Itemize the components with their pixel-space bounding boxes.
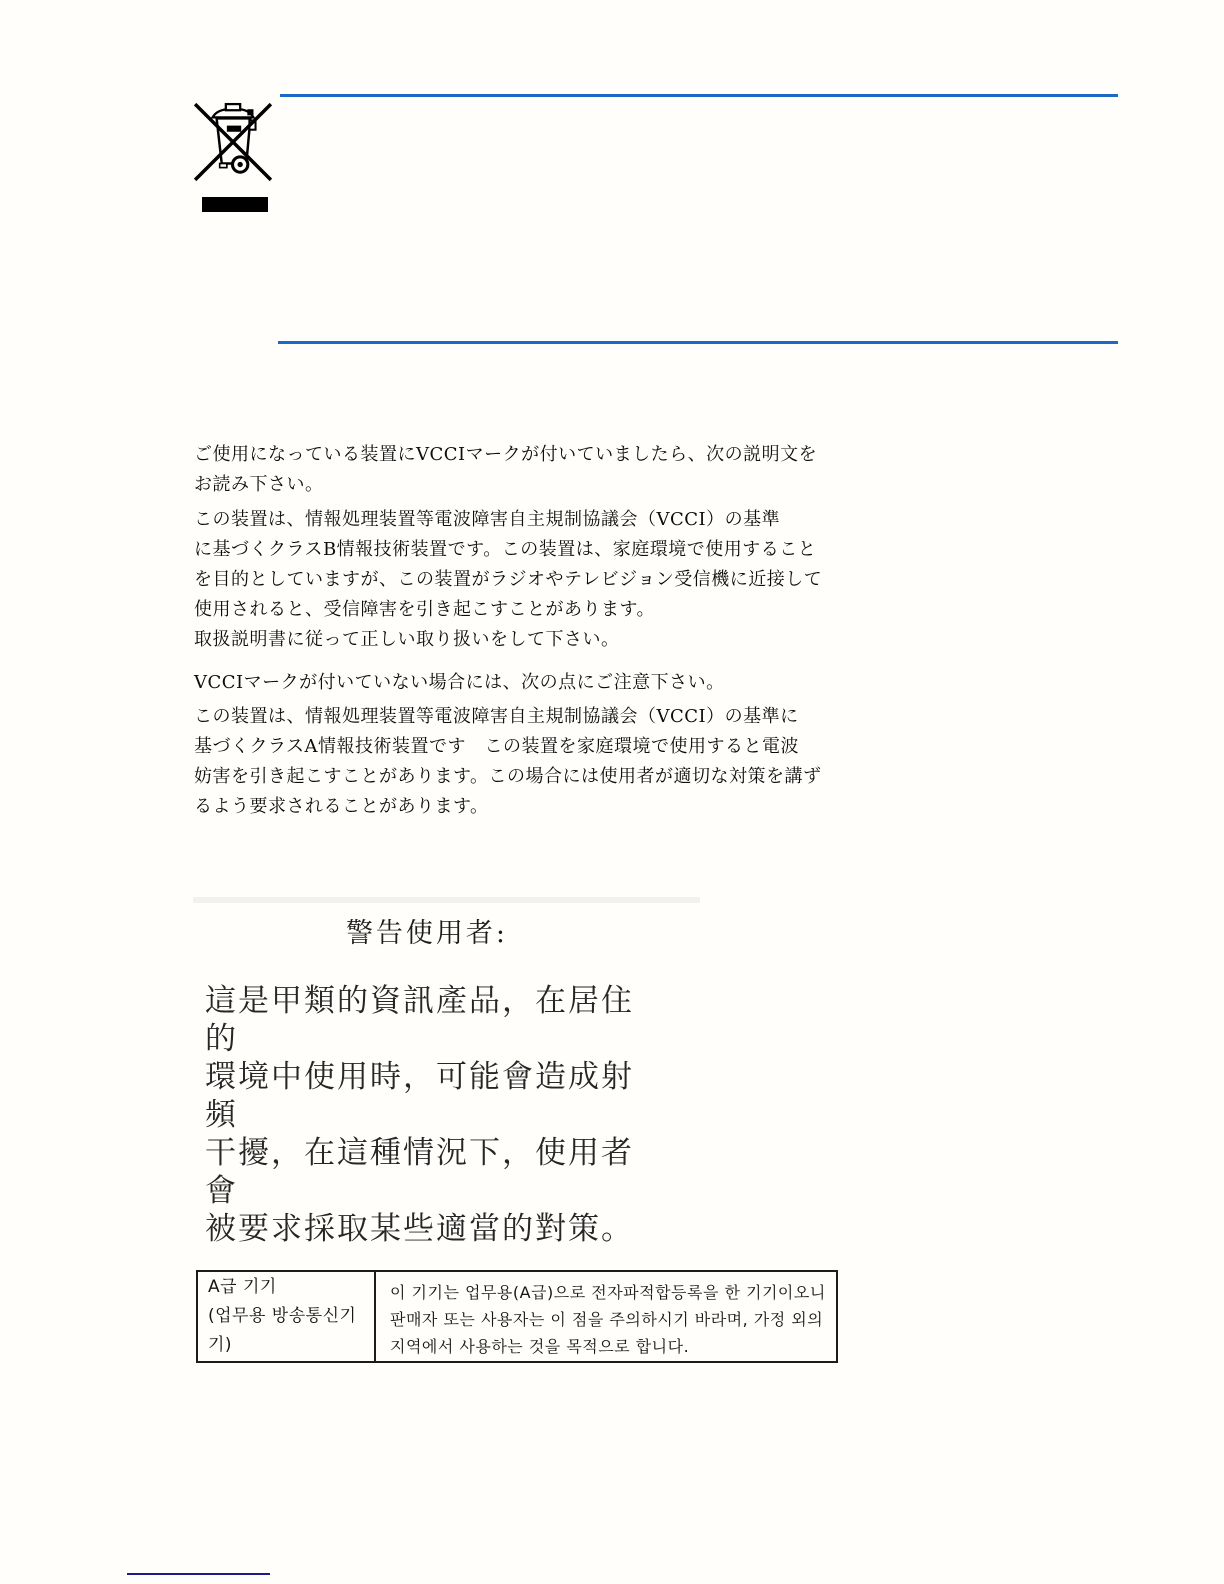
text-line: 지역에서 사용하는 것을 목적으로 합니다. xyxy=(390,1333,826,1360)
text-line: 取扱説明書に従って正しい取り扱いをして下さい。 xyxy=(194,625,834,655)
korean-table-class-cell: A급 기기 (업무용 방송통신기기) xyxy=(198,1272,376,1361)
vcci-class-a-paragraph: この装置は、情報処理装置等電波障害自主規制協議会（VCCI）の基準に 基づくクラ… xyxy=(194,702,834,822)
text-line: るよう要求されることがあります。 xyxy=(194,792,834,822)
text-line: を目的としていますが、この装置がラジオやテレビジョン受信機に近接して xyxy=(194,565,834,595)
text-line: 판매자 또는 사용자는 이 점을 주의하시기 바라며, 가정 외의 xyxy=(390,1306,826,1333)
vcci-no-mark-paragraph: VCCIマークが付いていない場合には、次の点にご注意下さい。 xyxy=(194,668,834,698)
text-line: 干擾，在這種情況下，使用者會 xyxy=(205,1134,661,1210)
text-line: 環境中使用時，可能會造成射頻 xyxy=(205,1058,661,1134)
document-page: ご使用になっている装置にVCCIマークが付いていましたら、次の説明文を お読み下… xyxy=(0,0,1224,1584)
text-line: 被要求採取某些適當的對策。 xyxy=(205,1210,661,1248)
weee-black-bar xyxy=(202,197,268,212)
taiwan-class-a-warning: 警告使用者: 這是甲類的資訊產品，在居住的 環境中使用時，可能會造成射頻 干擾，… xyxy=(193,895,661,1248)
text-line: 이 기기는 업무용(A급)으로 전자파적합등록을 한 기기이오니 xyxy=(390,1279,826,1306)
korean-emi-notice-table: A급 기기 (업무용 방송통신기기) 이 기기는 업무용(A급)으로 전자파적합… xyxy=(196,1270,838,1363)
text-line: この装置は、情報処理装置等電波障害自主規制協議会（VCCI）の基準に xyxy=(194,702,834,732)
text-line: A급 기기 xyxy=(208,1273,368,1302)
korean-table-statement-cell: 이 기기는 업무용(A급)으로 전자파적합등록을 한 기기이오니 판매자 또는 … xyxy=(376,1272,836,1361)
vcci-intro-paragraph: ご使用になっている装置にVCCIマークが付いていましたら、次の説明文を お読み下… xyxy=(194,440,834,500)
crossed-out-wheeled-bin-icon xyxy=(193,100,273,184)
text-line: この装置は、情報処理装置等電波障害自主規制協議会（VCCI）の基準 xyxy=(194,505,834,535)
footer-link-rule xyxy=(127,1573,270,1575)
text-line: お読み下さい。 xyxy=(194,470,834,500)
taiwan-warning-heading: 警告使用者: xyxy=(193,911,661,950)
japanese-vcci-statement: ご使用になっている装置にVCCIマークが付いていましたら、次の説明文を お読み下… xyxy=(194,440,834,822)
text-line: 妨害を引き起こすことがあります。この場合には使用者が適切な対策を講ず xyxy=(194,762,834,792)
text-line: 使用されると、受信障害を引き起こすことがあります。 xyxy=(194,595,834,625)
text-line: に基づくクラスB情報技術装置です。この装置は、家庭環境で使用すること xyxy=(194,535,834,565)
weee-symbol xyxy=(193,100,273,215)
vcci-class-b-paragraph: この装置は、情報処理装置等電波障害自主規制協議会（VCCI）の基準 に基づくクラ… xyxy=(194,505,834,655)
mid-section-divider xyxy=(278,341,1118,344)
top-section-divider xyxy=(280,94,1118,97)
text-line: ご使用になっている装置にVCCIマークが付いていましたら、次の説明文を xyxy=(194,440,834,470)
taiwan-warning-body: 這是甲類的資訊產品，在居住的 環境中使用時，可能會造成射頻 干擾，在這種情況下，… xyxy=(205,982,661,1248)
text-line: (업무용 방송통신기기) xyxy=(208,1302,368,1360)
text-line: 基づくクラスA情報技術装置です この装置を家庭環境で使用すると電波 xyxy=(194,732,834,762)
text-line: 這是甲類的資訊產品，在居住的 xyxy=(205,982,661,1058)
image-edge-artifact xyxy=(193,897,700,903)
text-line: VCCIマークが付いていない場合には、次の点にご注意下さい。 xyxy=(194,668,834,698)
